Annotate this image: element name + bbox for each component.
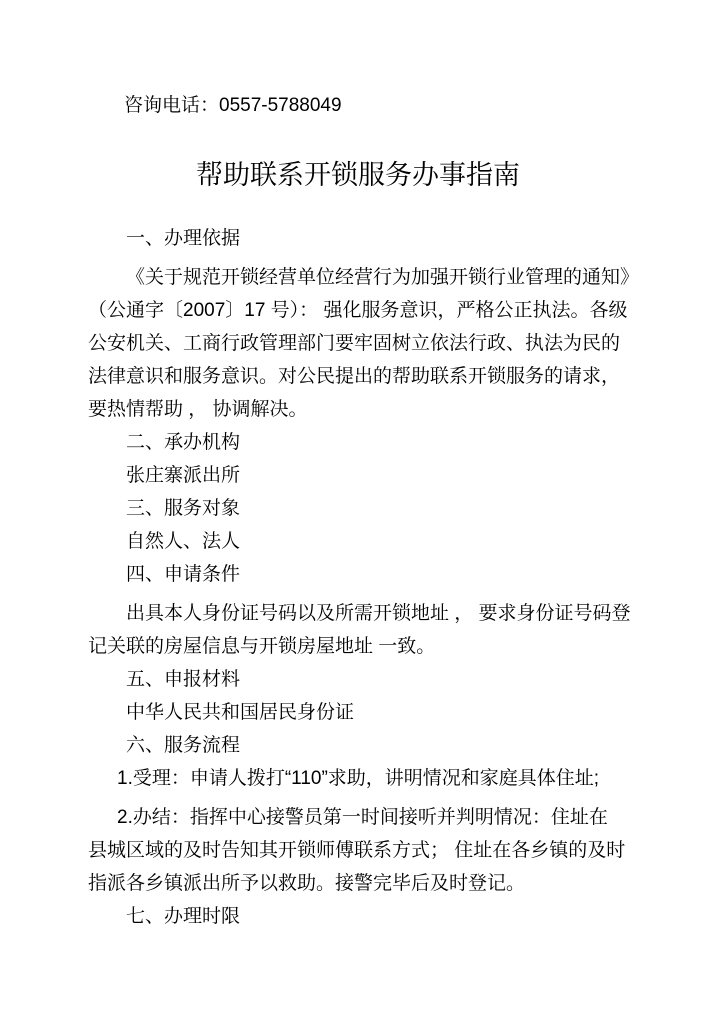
section-4-heading: 四、申请条件: [88, 558, 628, 591]
basis-paragraph-line-2: （公通字〔2007〕17 号）： 强化服务意识，严格公正执法。各级: [88, 294, 628, 327]
section-6-heading: 六、服务流程: [88, 729, 628, 762]
consult-phone-line: 咨询电话：0557-5788049: [88, 89, 628, 122]
document-body: 一、办理依据 《关于规范开锁经营单位经营行为加强开锁行业管理的通知》 （公通字〔…: [88, 222, 628, 933]
agency-name: 张庄寨派出所: [88, 459, 628, 492]
basis-paragraph-line-4: 法律意识和服务意识。对公民提出的帮助联系开锁服务的请求，: [88, 360, 628, 393]
document-page: 咨询电话：0557-5788049 帮助联系开锁服务办事指南 一、办理依据 《关…: [0, 0, 715, 1011]
application-condition-line-2: 记关联的房屋信息与开锁房屋地址 一致。: [88, 630, 628, 663]
service-target: 自然人、法人: [88, 525, 628, 558]
section-3-heading: 三、服务对象: [88, 492, 628, 525]
application-condition-line-1: 出具本人身份证号码以及所需开锁地址 ， 要求身份证号码登: [88, 597, 628, 630]
section-2-heading: 二、承办机构: [88, 426, 628, 459]
section-7-heading: 七、办理时限: [88, 900, 628, 933]
process-step-2-line-3: 指派各乡镇派出所予以救助。接警完毕后及时登记。: [88, 867, 628, 900]
section-5-heading: 五、申报材料: [88, 663, 628, 696]
basis-paragraph-line-1: 《关于规范开锁经营单位经营行为加强开锁行业管理的通知》: [88, 261, 628, 294]
basis-paragraph-line-3: 公安机关、工商行政管理部门要牢固树立依法行政、执法为民的: [88, 327, 628, 360]
document-content: 咨询电话：0557-5788049 帮助联系开锁服务办事指南 一、办理依据 《关…: [0, 0, 715, 933]
required-material: 中华人民共和国居民身份证: [88, 696, 628, 729]
section-1-heading: 一、办理依据: [88, 222, 628, 255]
process-step-2-line-2: 县城区域的及时告知其开锁师傅联系方式； 住址在各乡镇的及时: [88, 834, 628, 867]
document-title: 帮助联系开锁服务办事指南: [88, 152, 628, 198]
basis-paragraph-line-5: 要热情帮助 ， 协调解决。: [88, 393, 628, 426]
process-step-1: 1.受理：申请人拨打“110”求助，讲明情况和家庭具体住址;: [88, 762, 628, 795]
process-step-2-line-1: 2.办结：指挥中心接警员第一时间接听并判明情况：住址在: [88, 801, 628, 834]
